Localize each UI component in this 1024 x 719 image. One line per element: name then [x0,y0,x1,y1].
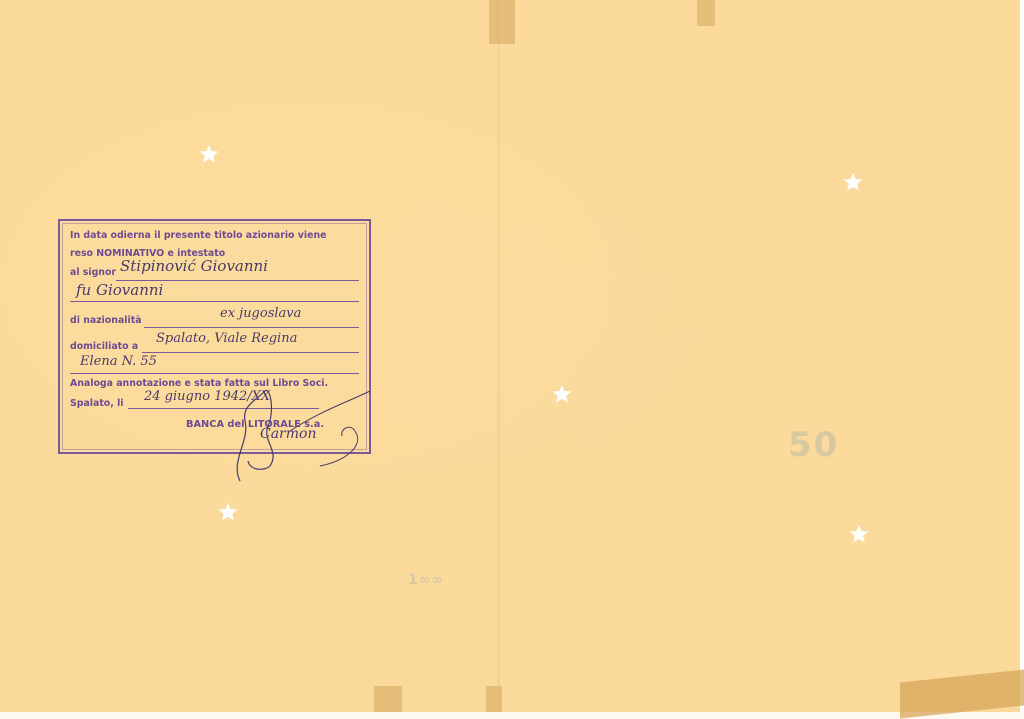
star-hole-icon [551,383,573,405]
signature-scrawl-icon [170,371,370,491]
value-nazionalita: ex jugoslava [220,306,301,321]
page-edge [1020,0,1024,712]
tape-strip-bottom-right [900,669,1024,712]
star-hole-icon [842,171,864,193]
tape-strip-top-center [489,0,515,44]
stamp-intro-line: In data odierna il presente titolo azion… [70,230,359,241]
nominative-registration-stamp: In data odierna il presente titolo azion… [58,219,371,454]
value-domicilio-number: Elena N. 55 [80,354,157,369]
rule-domicilio [142,352,359,353]
label-nazionalita: di nazionalità [70,315,359,326]
faint-denomination-mark: 50 [788,425,839,465]
rule-signor-2 [70,301,359,302]
tape-strip-bottom-center [486,686,502,712]
value-signor-father: fu Giovanni [76,281,163,299]
rule-nazionalita [144,327,359,328]
faint-bleedthrough-mark: 1∞∞ [408,572,444,588]
star-hole-icon [198,143,220,165]
tape-strip-top-right [697,0,715,26]
value-domicilio-street: Spalato, Viale Regina [156,331,297,346]
tape-strip-bottom-left [374,686,402,712]
star-hole-icon [848,523,870,545]
value-signor-name: Stipinović Giovanni [120,257,268,275]
star-hole-icon [217,501,239,523]
document-sheet: 50 1∞∞ In data odierna il presente titol… [0,0,1024,712]
center-fold [497,0,500,712]
